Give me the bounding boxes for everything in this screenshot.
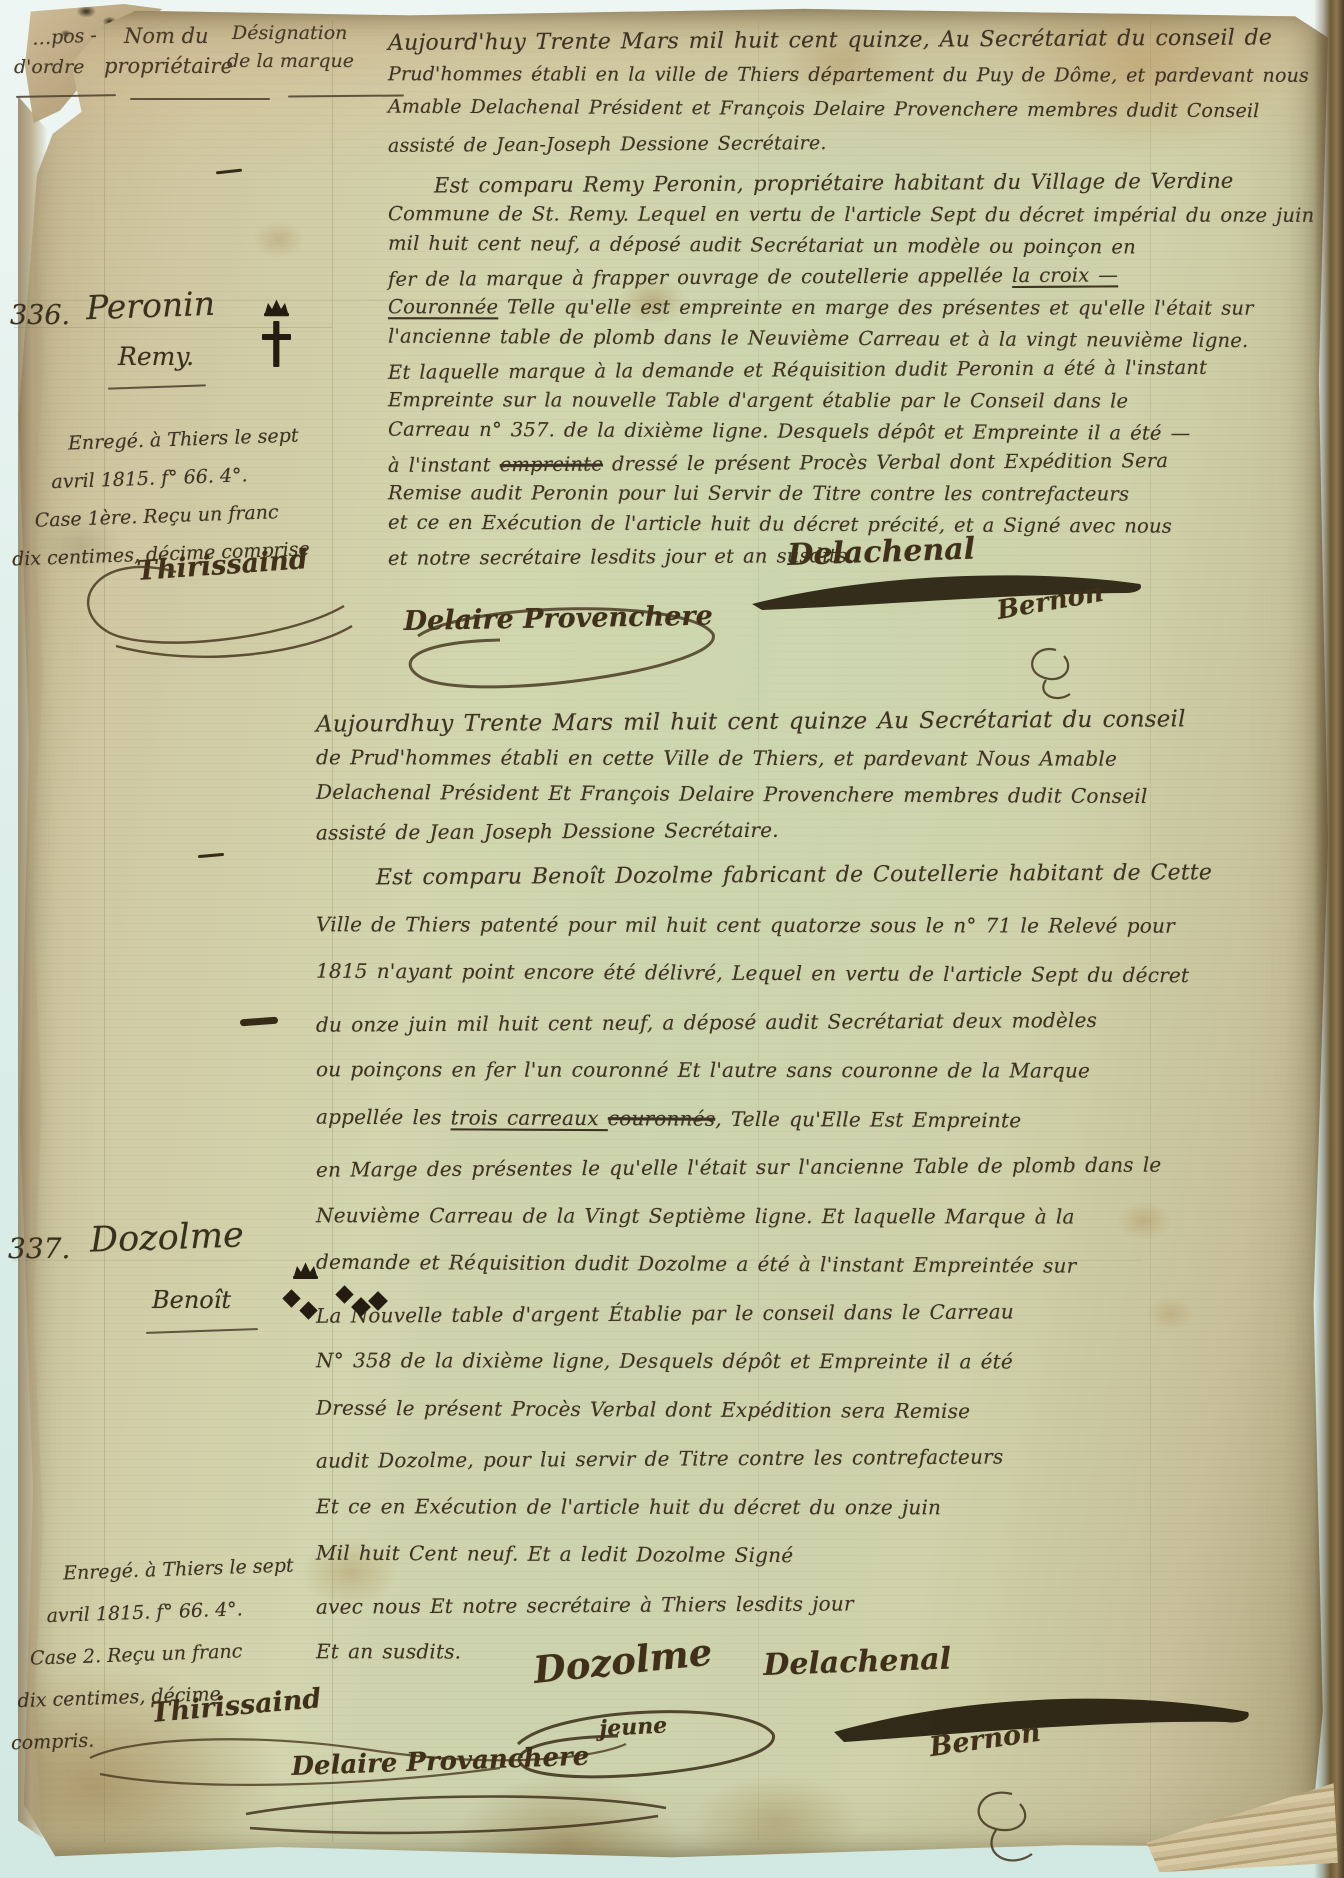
act-line: Empreinte sur la nouvelle Table d'argent… <box>388 384 1314 417</box>
trois-carreaux-marks-icon <box>272 1258 388 1336</box>
act-line: Et ce en Exécution de l'article huit du … <box>316 1482 1212 1532</box>
entry-336-firstname: Remy. <box>118 342 194 371</box>
act-line: La Nouvelle table d'argent Établie par l… <box>316 1286 1212 1340</box>
header-col-order-line1: …pos - <box>31 24 97 49</box>
act-line: Amable Delachenal Président et François … <box>388 90 1309 129</box>
header-underline <box>16 94 116 98</box>
entry-337-number: 337. <box>8 1232 70 1265</box>
act-line: avec nous Et notre secrétaire à Thiers l… <box>316 1577 1212 1631</box>
act-line: N° 358 de la dixième ligne, Desquels dép… <box>316 1336 1212 1386</box>
entry-336-surname: Peronin <box>85 284 215 327</box>
act-line: Et laquelle marque à la demande et Réqui… <box>388 351 1315 388</box>
witness-337-paraph-flourish <box>952 1786 1062 1872</box>
act-line: Est comparu Benoît Dozolme fabricant de … <box>316 849 1212 903</box>
act-line: Est comparu Remy Peronin, propriétaire h… <box>388 165 1315 202</box>
header-col-owner-line1: Nom du <box>124 24 209 48</box>
member-336-flourish <box>388 598 728 708</box>
page-content: …pos - d'ordre Nom du propriétaire Désig… <box>0 0 1344 1878</box>
act-line: assisté de Jean Joseph Dessione Secrétai… <box>316 809 1186 850</box>
clerk-336-flourish <box>56 548 356 678</box>
header-col-owner-line2: propriétaire <box>104 54 233 78</box>
header-col-order-line2: d'ordre <box>14 56 84 78</box>
margin-dash <box>198 853 224 858</box>
member-337-flourish <box>238 1786 678 1842</box>
act-337-opening: Aujourdhuy Trente Mars mil huit cent qui… <box>316 704 1186 848</box>
act-line: ou poinçons en fer l'un couronné Et l'au… <box>316 1045 1212 1095</box>
scanned-register-page: …pos - d'ordre Nom du propriétaire Désig… <box>0 0 1344 1878</box>
signature-president-337: Delachenal <box>763 1641 952 1683</box>
act-line: audit Dozolme, pour lui servir de Titre … <box>316 1431 1212 1485</box>
act-line: Aujourdhuy Trente Mars mil huit cent qui… <box>316 701 1186 742</box>
party-337-flourish <box>498 1698 788 1794</box>
act-line: assisté de Jean-Joseph Dessione Secrétai… <box>388 123 1309 163</box>
act-line: Mil huit Cent neuf. Et a ledit Dozolme S… <box>316 1529 1212 1582</box>
act-line: en Marge des présentes le qu'elle l'étai… <box>316 1140 1212 1194</box>
entry-337-firstname: Benoît <box>152 1286 231 1314</box>
act-line: Dressé le présent Procès Verbal dont Exp… <box>316 1383 1212 1436</box>
header-col-mark-line1: Désignation <box>232 22 347 44</box>
act-line: demande et Réquisition dudit Dozolme a é… <box>316 1238 1212 1291</box>
margin-dash-thick <box>240 1017 278 1027</box>
header-underline <box>130 98 270 100</box>
act-line: fer de la marque à frapper ouvrage de co… <box>388 258 1315 295</box>
act-line: Aujourd'huy Trente Mars mil huit cent qu… <box>388 21 1309 61</box>
act-line: Commune de St. Remy. Lequel en vertu de … <box>388 198 1314 231</box>
entry-337-surname: Dozolme <box>89 1215 244 1260</box>
act-line: 1815 n'ayant point encore été délivré, L… <box>316 947 1212 1000</box>
act-337-body: Est comparu Benoît Dozolme fabricant de … <box>316 852 1212 1677</box>
margin-dash <box>216 169 242 175</box>
entry-336-number: 336. <box>10 300 70 331</box>
act-line: Ville de Thiers patenté pour mil huit ce… <box>316 900 1212 950</box>
president-337-flourish <box>828 1688 1258 1750</box>
act-line: à l'instant empreinte dressé le présent … <box>388 444 1315 481</box>
act-line: Neuvième Carreau de la Vingt Septième li… <box>316 1191 1212 1241</box>
firstname-underline <box>108 384 206 389</box>
act-336-opening: Aujourd'huy Trente Mars mil huit cent qu… <box>388 24 1309 160</box>
act-line: Delachenal Président Et François Delaire… <box>316 774 1186 815</box>
act-line: appellée les trois carreaux couronnés, T… <box>316 1092 1212 1145</box>
firstname-underline <box>146 1328 258 1334</box>
act-line: Couronnée Telle qu'elle est empreinte en… <box>388 291 1314 324</box>
act-line: de Prud'hommes établi en cette Ville de … <box>316 739 1186 777</box>
act-line: Prud'hommes établi en la ville de Thiers… <box>388 57 1309 93</box>
croix-couronnee-mark-icon <box>250 296 302 370</box>
witness-336-paraph-flourish <box>1014 644 1098 706</box>
header-col-mark-line2: de la marque <box>227 50 354 72</box>
act-line: Remise audit Peronin pour lui Servir de … <box>388 477 1314 510</box>
act-line: du onze juin mil huit cent neuf, a dépos… <box>316 995 1212 1049</box>
header-underline <box>288 94 404 97</box>
signature-party-suffix-337: jeune <box>599 1712 668 1742</box>
act-336-body: Est comparu Remy Peronin, propriétaire h… <box>388 168 1314 571</box>
